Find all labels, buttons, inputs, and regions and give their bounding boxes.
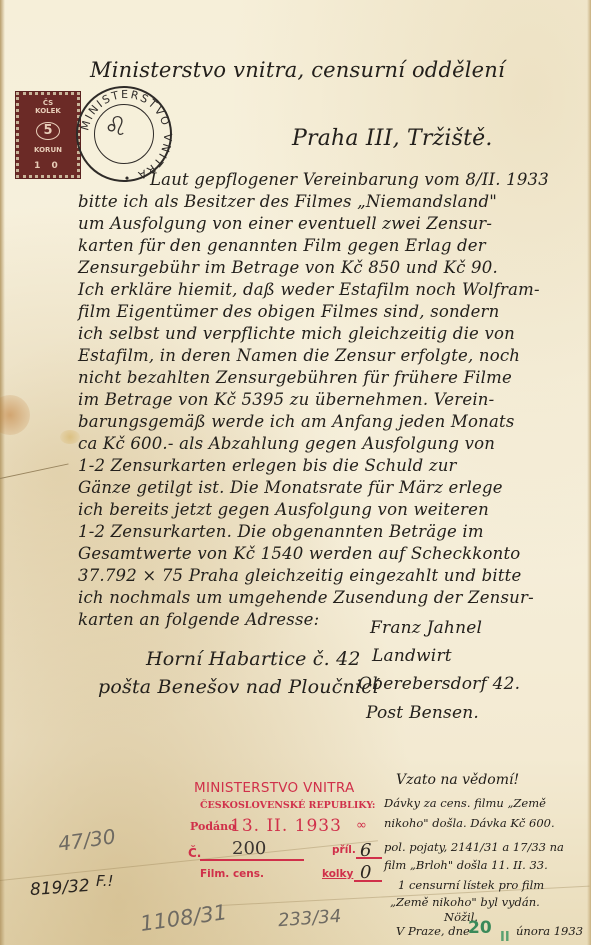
pencil-file-number: 47/30 (57, 824, 117, 856)
address-line-1: Horní Habartice č. 42 (146, 648, 361, 670)
received-date: 13. II. 1933 (230, 816, 342, 836)
note-date-suffix: února 1933 (516, 924, 583, 938)
document-page: Ministerstvo vnitra, censurní oddělení P… (0, 0, 591, 945)
green-date-month: II (500, 930, 510, 945)
lion-emblem-icon: ♌ (104, 112, 127, 142)
receipt-stamp-title: MINISTERSTVO VNITRA (194, 780, 355, 796)
number-underline (200, 859, 304, 861)
body-line: ich selbst und verpflichte mich gleichze… (78, 324, 515, 344)
body-line: um Ausfolgung von einer eventuell zwei Z… (78, 214, 492, 234)
pencil-file-number: 233/34 (277, 906, 342, 931)
body-line: Estafilm, in deren Namen die Zensur erfo… (78, 346, 520, 366)
receipt-stamp: MINISTERSTVO VNITRA ČESKOSLOVENSKÉ REPUB… (186, 778, 382, 888)
body-line: bitte ich als Besitzer des Filmes „Niema… (78, 192, 497, 212)
revenue-stamp-lion-icon: 1 0 (34, 161, 62, 171)
body-line: 37.792 × 75 Praha gleichzeitig eingezahl… (78, 566, 521, 586)
number-label: Č. (188, 846, 201, 860)
signature-place: Oberebersdorf 42. (358, 674, 520, 694)
body-line: Gesamtwerte von Kč 1540 werden auf Schec… (78, 544, 520, 564)
body-line: film Eigentümer des obigen Filmes sind, … (78, 302, 499, 322)
body-line: ich nochmals um umgehende Zusendung der … (78, 588, 534, 608)
signature-occupation: Landwirt (372, 646, 452, 666)
receipt-stamp-subtitle: ČESKOSLOVENSKÉ REPUBLIKY: (200, 800, 375, 811)
note-line: film „Brloh" došla 11. II. 33. (384, 858, 548, 872)
green-date-day: 20 (468, 918, 492, 938)
stamps-label: kolky (322, 868, 353, 880)
signature-post: Post Bensen. (366, 703, 479, 723)
body-line: Gänze getilgt ist. Die Monatsrate für Mä… (78, 478, 503, 498)
body-line: im Betrage von Kč 5395 zu übernehmen. Ve… (78, 390, 494, 410)
ornament-icon: ∞ (356, 818, 367, 833)
body-line: barungsgemäß werde ich am Anfang jeden M… (78, 412, 515, 432)
received-label: Podáno (190, 820, 235, 833)
signature-name: Franz Jahnel (370, 618, 482, 638)
rust-stain (0, 395, 30, 435)
note-line: nikoho" došla. Dávka Kč 600. (384, 816, 555, 830)
body-line: karten für den genannten Film gegen Erla… (78, 236, 486, 256)
revenue-stamp-unit: KORUN (34, 146, 62, 154)
body-line: 1-2 Zensurkarten. Die obgenannten Beträg… (78, 522, 484, 542)
body-line: ich bereits jetzt gegen Ausfolgung von w… (78, 500, 489, 520)
ink-file-number: 819/32 (29, 876, 90, 900)
department-label: Film. cens. (200, 868, 264, 880)
body-line: 1-2 Zensurkarten erlegen bis die Schuld … (78, 456, 457, 476)
note-date-prefix: V Praze, dne (396, 924, 470, 938)
ink-file-mark: F.! (96, 872, 113, 890)
recipient-heading: Ministerstvo vnitra, censurní oddělení (90, 58, 505, 82)
body-line: karten an folgende Adresse: (78, 610, 319, 630)
paper-tear (0, 463, 69, 479)
stamps-value: 0 (360, 862, 371, 883)
attachments-label: příl. (332, 844, 356, 856)
body-line: ca Kč 600.- als Abzahlung gegen Ausfolgu… (78, 434, 495, 454)
body-line: Zensurgebühr im Betrage von Kč 850 und K… (78, 258, 498, 278)
paper-edge-left (0, 0, 5, 945)
revenue-stamp-value: 5 (36, 122, 60, 140)
paper-edge-right (587, 0, 591, 945)
ministry-round-stamp: MINISTERSTVO VNITRA • ♌ (76, 86, 172, 182)
note-line: „Země nikoho" byl vydán. (390, 895, 540, 909)
pencil-file-number: 1108/31 (139, 900, 229, 936)
note-line: Dávky za cens. filmu „Země (384, 796, 546, 810)
note-line: 1 censurní lístek pro film (398, 878, 544, 892)
note-line: pol. pojaty, 2141/31 a 17/33 na (384, 840, 564, 854)
registration-number: 200 (232, 838, 266, 859)
location-heading: Praha III, Tržiště. (292, 126, 493, 151)
address-line-2: pošta Benešov nad Ploučnicí (98, 676, 378, 698)
rust-stain (60, 430, 80, 444)
note-line: Vzato na vědomí! (396, 772, 519, 788)
body-line: Laut gepflogener Vereinbarung vom 8/II. … (150, 170, 549, 190)
revenue-stamp-header: ČS KOLEK (35, 99, 61, 115)
body-line: nicht bezahlten Zensurgebühren für frühe… (78, 368, 512, 388)
body-line: Ich erkläre hiemit, daß weder Estafilm n… (78, 280, 540, 300)
attachments-value: 6 (360, 840, 371, 861)
revenue-stamp: ČS KOLEK 5 KORUN 1 0 (16, 92, 80, 178)
